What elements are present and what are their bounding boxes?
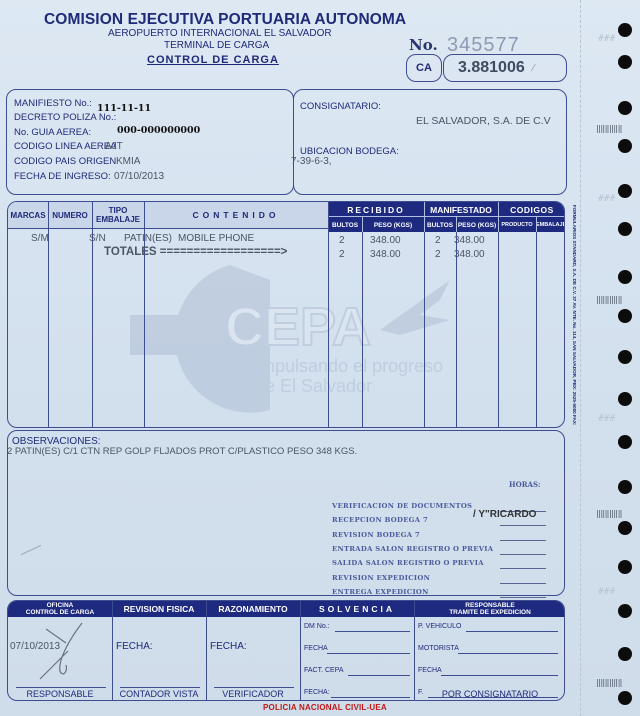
col-tipo-line1: TIPO	[92, 206, 144, 215]
handwritten-signature	[38, 621, 93, 681]
signature-line	[16, 687, 106, 688]
perf-mark: ᚌᚌᚌ	[598, 413, 615, 422]
sig-responsable: RESPONSABLE	[8, 689, 112, 699]
field-line	[441, 675, 558, 676]
field-label: MOTORISTA	[418, 645, 459, 652]
step-time-line	[500, 568, 546, 569]
totals-label: TOTALES ==================>	[104, 246, 287, 258]
airport-subtitle: AEROPUERTO INTERNACIONAL EL SALVADOR	[108, 28, 332, 39]
col-manifestado-bultos: BULTOS	[424, 222, 456, 229]
sig-contador-vista: CONTADOR VISTA	[112, 689, 206, 699]
hdr-oficina: OFICINA CONTROL DE CARGA	[8, 601, 112, 617]
header-col-divider	[362, 216, 363, 232]
header-col-divider	[424, 202, 425, 232]
perf-mark: ᚌᚌᚌ	[598, 33, 615, 42]
perf-code: ‖‖‖‖‖‖	[596, 295, 622, 304]
fecha-revision-label: FECHA:	[116, 641, 153, 652]
field-line	[458, 653, 558, 654]
feed-hole	[618, 691, 632, 705]
header-col-divider	[498, 202, 499, 232]
col-divider	[536, 232, 537, 428]
linea-value: AJT	[105, 141, 123, 152]
fecha-ingreso-value: 07/10/2013	[114, 171, 164, 182]
step-label: SALIDA SALON REGISTRO O PREVIA	[332, 559, 484, 567]
signature-line	[120, 687, 200, 688]
cell-manifestado-bultos: 2	[435, 235, 441, 246]
field-line	[348, 675, 410, 676]
pais-value: KMIA	[116, 156, 140, 167]
col-codigos: CODIGOS	[498, 205, 565, 215]
pais-label: CODIGO PAIS ORIGEN	[14, 156, 116, 167]
total-recibido-bultos: 2	[339, 249, 345, 260]
perf-code: ‖‖‖‖‖‖	[596, 509, 622, 518]
ca-value: 3.881006 ⁄	[443, 54, 567, 82]
perf-code: ‖‖‖‖‖‖	[596, 678, 622, 687]
feed-hole	[618, 184, 632, 198]
perf-mark: ᚌᚌᚌ	[598, 586, 615, 595]
feed-hole	[618, 222, 632, 236]
total-manifestado-peso: 348.00	[454, 249, 485, 260]
cell-marcas: S/M	[31, 233, 49, 244]
col-contenido: CONTENIDO	[144, 211, 328, 220]
field-label: P. VEHICULO	[418, 623, 461, 630]
hdr-oficina-line2: CONTROL DE CARGA	[26, 609, 95, 616]
guia-label: No. GUIA AEREA:	[14, 127, 91, 138]
cell-recibido-bultos: 2	[339, 235, 345, 246]
step-label: REVISION EXPEDICION	[332, 574, 430, 582]
feed-hole	[618, 560, 632, 574]
hdr-responsable-line2: TRAMITE DE EXPEDICION	[449, 609, 531, 616]
total-recibido-peso: 348.00	[370, 249, 401, 260]
check-mark-icon: ⁄	[533, 63, 535, 74]
cell-numero: S/N	[89, 233, 106, 244]
sig-verificador: VERIFICADOR	[206, 689, 300, 699]
field-line	[331, 697, 410, 698]
form-title: CONTROL DE CARGA	[147, 54, 279, 66]
linea-label: CODIGO LINEA AEREA	[14, 141, 116, 152]
feed-hole	[618, 23, 632, 37]
hdr-oficina-line1: OFICINA	[47, 602, 74, 609]
horas-label: HORAS:	[509, 480, 541, 489]
col-embalaje: EMBALAJE	[536, 222, 565, 228]
col-divider	[112, 601, 113, 701]
ubicacion-value: 7-39-6-3,	[291, 156, 332, 167]
field-label: FACT. CEPA	[304, 667, 344, 674]
col-recibido-bultos: BULTOS	[328, 222, 362, 229]
step-time-line	[500, 554, 546, 555]
step-label: REVISION BODEGA 7	[332, 531, 420, 539]
field-label: FECHA	[304, 645, 328, 652]
step-label: ENTREGA EXPEDICION	[332, 588, 429, 596]
ca-number: 3.881006	[458, 59, 525, 77]
hdr-solvencia: SOLVENCIA	[300, 601, 414, 617]
col-recibido: RECIBIDO	[328, 205, 424, 215]
step-time-line	[500, 597, 546, 598]
decreto-label: DECRETO POLIZA No.:	[14, 112, 116, 123]
ca-label: CA	[406, 54, 442, 82]
field-line	[335, 631, 410, 632]
terminal-subtitle: TERMINAL DE CARGA	[164, 40, 269, 51]
feed-hole	[618, 647, 632, 661]
feed-hole	[618, 392, 632, 406]
printer-imprint: FORMULARIOS STANDARD, S.A. DE C.V. 37 AV…	[568, 205, 578, 425]
col-divider	[206, 601, 207, 701]
header-divider	[328, 216, 565, 217]
policia-label: POLICIA NACIONAL CIVIL-UEA	[263, 703, 387, 712]
consignatario-label: CONSIGNATARIO:	[300, 101, 381, 112]
feed-hole	[618, 604, 632, 618]
header-col-divider	[536, 216, 537, 232]
col-producto: PRODUCTO	[498, 222, 536, 228]
por-consignatario: POR CONSIGNATARIO	[414, 689, 565, 699]
col-divider	[362, 232, 363, 428]
printer-imprint-text: FORMULARIOS STANDARD, S.A. DE C.V. 37 AV…	[572, 205, 577, 425]
feed-hole	[618, 521, 632, 535]
step-label: ENTRADA SALON REGISTRO O PREVIA	[332, 545, 493, 553]
feed-hole	[618, 101, 632, 115]
fecha-razonamiento-label: FECHA:	[210, 641, 247, 652]
field-label: FECHA:	[304, 689, 330, 696]
consignatario-value: EL SALVADOR, S.A. DE C.V	[416, 115, 551, 127]
hdr-razonamiento: RAZONAMIENTO	[206, 601, 300, 617]
feed-hole	[618, 309, 632, 323]
col-recibido-peso: PESO (KGS)	[362, 222, 424, 229]
hdr-responsable-line1: RESPONSABLE	[465, 602, 514, 609]
col-tipo-line2: EMBALAJE	[92, 215, 144, 224]
fecha-ingreso-label: FECHA DE INGRESO:	[14, 171, 111, 182]
step-label: RECEPCION BODEGA 7	[332, 516, 428, 524]
org-title: COMISION EJECUTIVA PORTUARIA AUTONOMA	[44, 11, 406, 29]
col-manifestado: MANIFESTADO	[424, 205, 498, 215]
number-label: No.	[409, 36, 438, 54]
field-line	[466, 631, 558, 632]
feed-hole	[618, 480, 632, 494]
step-time-line	[500, 540, 546, 541]
cell-manifestado-peso: 348.00	[454, 235, 485, 246]
col-tipo-embalaje: TIPO EMBALAJE	[92, 206, 144, 224]
hdr-revision-fisica: REVISION FISICA	[112, 601, 206, 617]
step-time-line	[500, 583, 546, 584]
col-manifestado-peso: PESO (KGS)	[456, 222, 498, 229]
col-divider	[456, 232, 457, 428]
hdr-responsable: RESPONSABLE TRAMITE DE EXPEDICION	[414, 601, 565, 617]
col-divider	[300, 601, 301, 701]
observations-text: 2 PATIN(ES) C/1 CTN REP GOLP FLJADOS PRO…	[7, 446, 357, 457]
signature-stamp: / Y"RICARDO	[473, 509, 536, 520]
field-label: DM No.:	[304, 623, 330, 630]
col-marcas: MARCAS	[8, 211, 48, 220]
cell-recibido-peso: 348.00	[370, 235, 401, 246]
header-col-divider	[456, 216, 457, 232]
step-label: VERIFICACION DE DOCUMENTOS	[332, 502, 472, 510]
perforation-line	[580, 0, 581, 716]
cargo-control-form: COMISION EJECUTIVA PORTUARIA AUTONOMA AE…	[0, 0, 640, 716]
col-numero: NUMERO	[48, 211, 92, 220]
feed-hole	[618, 139, 632, 153]
cell-tipo-embalaje: PATIN(ES)	[124, 233, 172, 244]
signature-line	[214, 687, 294, 688]
perf-mark: ᚌᚌᚌ	[598, 193, 615, 202]
feed-hole	[618, 270, 632, 284]
col-divider	[424, 232, 425, 428]
col-divider	[498, 232, 499, 428]
approvals-box: OFICINA CONTROL DE CARGA REVISION FISICA…	[7, 600, 565, 701]
field-line	[327, 653, 410, 654]
step-time-line	[500, 525, 546, 526]
perf-code: ‖‖‖‖‖‖	[596, 124, 622, 133]
col-divider	[414, 601, 415, 701]
feed-hole	[618, 55, 632, 69]
col-divider	[328, 202, 329, 428]
goods-table: MARCAS NUMERO TIPO EMBALAJE CONTENIDO RE…	[7, 201, 565, 428]
guia-value: 000-000000000	[117, 125, 200, 136]
manifiesto-label: MANIFIESTO No.:	[14, 98, 92, 109]
cell-contenido: MOBILE PHONE	[178, 233, 254, 244]
total-manifestado-bultos: 2	[435, 249, 441, 260]
field-label: FECHA	[418, 667, 442, 674]
feed-hole	[618, 350, 632, 364]
feed-hole	[618, 435, 632, 449]
